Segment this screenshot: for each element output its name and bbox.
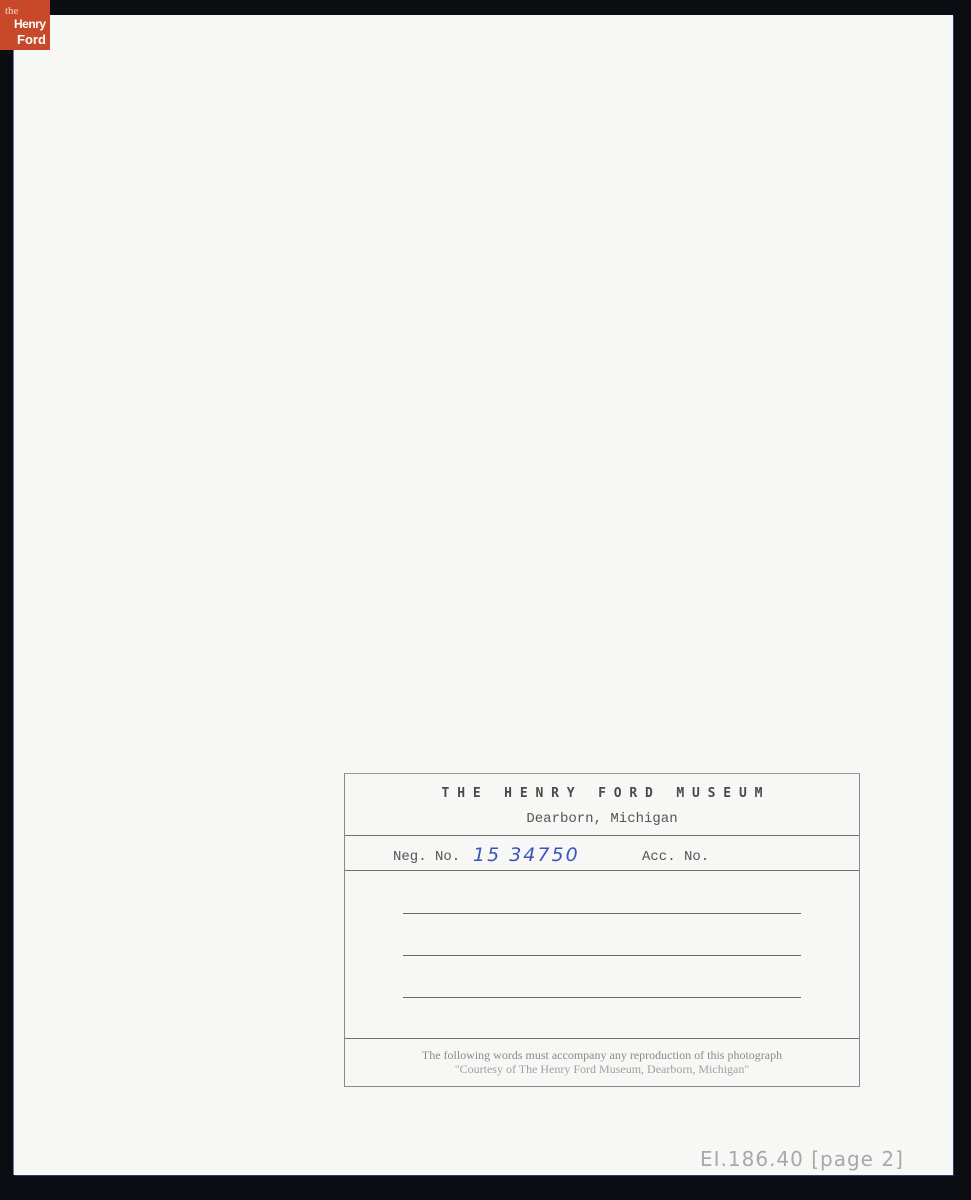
courtesy-line: "Courtesy of The Henry Ford Museum, Dear… bbox=[345, 1062, 859, 1077]
blank-line bbox=[403, 913, 801, 914]
stamp-title: T H E H E N R Y F O R D M U S E U M bbox=[345, 786, 859, 801]
logo-the: the bbox=[5, 5, 18, 17]
divider bbox=[345, 870, 859, 871]
neg-no-value: 15 34750 bbox=[473, 844, 580, 866]
divider bbox=[345, 835, 859, 836]
divider bbox=[345, 1038, 859, 1039]
the-henry-ford-logo: the Henry Ford bbox=[0, 0, 50, 50]
catalog-number: EI.186.40 [page 2] bbox=[700, 1147, 904, 1171]
logo-henry: Henry bbox=[14, 17, 46, 31]
blank-line bbox=[403, 955, 801, 956]
acc-no-label: Acc. No. bbox=[642, 849, 709, 865]
reproduction-notice: The following words must accompany any r… bbox=[345, 1048, 859, 1063]
logo-ford: Ford bbox=[17, 32, 46, 47]
blank-line bbox=[403, 997, 801, 998]
stamp-location: Dearborn, Michigan bbox=[345, 811, 859, 827]
neg-no-label: Neg. No. bbox=[393, 849, 460, 865]
museum-stamp: T H E H E N R Y F O R D M U S E U M Dear… bbox=[344, 773, 860, 1087]
